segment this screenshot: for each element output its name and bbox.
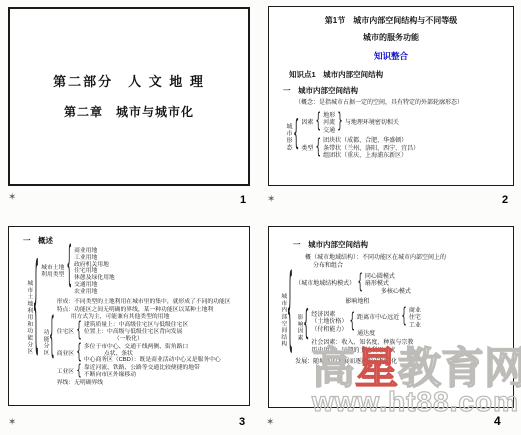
residential-item: （一般化） <box>114 336 188 343</box>
subsection-heading: 一 城市内部空间结构 <box>293 239 509 250</box>
subsection-heading: 一 城市内部空间结构 <box>283 85 505 96</box>
brace: { <box>303 310 309 344</box>
brace: { <box>315 139 321 160</box>
border-line: 界线：无明确界线 <box>57 380 231 387</box>
types-label: 类型 <box>301 146 313 154</box>
residential-item: 位置上：中高级与低级住宅区背向发展 <box>84 329 188 336</box>
brace: { <box>76 344 82 365</box>
section-title-line1: 第1节 城市内部空间结构与不同等级 <box>277 15 505 26</box>
industrial-item: 不断向市区外缘移动 <box>84 372 200 379</box>
inner-structure-diagram: 城市内部空间结构 { （城市地域结构模式） { 同心圆模式 扇形模式 多核心模式… <box>279 274 509 367</box>
brace: { <box>315 113 321 134</box>
commercial-item: 中心商务区（CBD）：既是商业活动中心又是服务中心 <box>84 357 221 364</box>
industrial-label: 工业区 <box>57 369 74 376</box>
slide-number-2: 2 <box>502 194 508 206</box>
brace: { <box>76 322 82 343</box>
brace: { <box>349 313 355 334</box>
outer-label: 城市土地利用和功能分区 <box>25 280 31 355</box>
brace: { <box>33 265 39 370</box>
slide-thumbnail-4[interactable]: 一 城市内部空间结构 概（城市地域结构）：不同功能区在城市内部空间上的 分布和组… <box>268 226 514 408</box>
commercial-label: 商业区 <box>57 351 74 358</box>
slide-thumbnail-2[interactable]: 第1节 城市内部空间结构与不同等级 城市的服务功能 知识整合 知识点1 城市内部… <box>268 6 514 186</box>
chapter-title: 第二章 城市与城市化 <box>10 103 248 120</box>
brace: { <box>49 319 55 366</box>
factor-item: 地形 <box>323 113 335 121</box>
dist-item: 工业 <box>409 323 421 331</box>
concept-line1: 概（城市地域结构）：不同功能区在城市内部空间上的 <box>305 255 509 263</box>
residential-label: 住宅区 <box>57 329 74 336</box>
function-zone-label: 功能分区 <box>41 329 47 356</box>
brace: { <box>287 275 293 365</box>
landuse-type-label: 城市土地 利用类型 <box>41 265 64 278</box>
urban-form-diagram: 城市形态 { 因素 { 地形 河流 交通 } 与地理环境密切相关 类型 { <box>285 113 505 161</box>
type-item: 组团状（重庆、上海浦东新区） <box>323 153 419 161</box>
type-item: 团块状（成都、合肥、华盛顿） <box>323 138 419 146</box>
brace: { <box>401 308 407 329</box>
knowledge-point-heading: 知识点1 城市内部空间结构 <box>289 69 505 80</box>
slide-thumbnail-3[interactable]: 一 概述 城市土地利用和功能分区 { 城市土地 利用类型 { 商业用地 工业用地… <box>8 226 250 406</box>
knowledge-integration-heading: 知识整合 <box>277 50 505 62</box>
slide-number-4: 4 <box>494 414 501 428</box>
distance-line: 距离市中心远近 <box>357 315 399 323</box>
development-line: 发展：随城市的发展而逐渐形成和变化 <box>295 359 438 367</box>
transition-star-icon[interactable]: ✶ <box>266 417 274 428</box>
landuse-item: 交通用地 <box>74 282 115 289</box>
model-label: （城市地域结构模式） <box>295 281 355 289</box>
concept-line2: 分布和组合 <box>313 263 509 271</box>
landuse-item: 工业用地 <box>74 255 115 262</box>
slide-number-3: 3 <box>239 416 245 428</box>
concept-line: （概念：是指城市占据一定的空间，具有特定的外部轮廓形态） <box>295 100 505 108</box>
model-item: 同心圆模式 <box>365 274 411 282</box>
brace: { <box>293 120 299 154</box>
transition-star-icon[interactable]: ✶ <box>8 192 16 203</box>
social-factor-line: 社会因素：收入、知名度、种族与宗教 <box>311 340 421 348</box>
part-title: 第二部分 人 文 地 理 <box>10 71 248 90</box>
factor-item: 河流 <box>323 120 335 128</box>
overview-heading: 一 概述 <box>23 235 245 246</box>
landuse-function-diagram: 城市土地利用和功能分区 { 城市土地 利用类型 { 商业用地 工业用地 政府机关… <box>25 248 245 387</box>
landuse-item: 商业用地 <box>74 248 115 255</box>
accessibility-line: 通达度 <box>357 331 421 339</box>
factors-note: 与地理环境密切相关 <box>345 120 399 128</box>
type-item: 条带状（兰州、洛阳、西宁、宜昌） <box>323 146 419 154</box>
transition-star-icon[interactable]: ✶ <box>8 417 16 428</box>
factors-label: 因素 <box>301 120 313 128</box>
brace: { <box>76 364 82 379</box>
model-item: 扇形模式 <box>365 281 411 289</box>
dist-item: 商业 <box>409 308 421 316</box>
economic-sub: （土地价格） <box>311 319 347 327</box>
factor-item: 交通 <box>323 128 335 136</box>
landuse-item: 农业用地 <box>74 289 115 296</box>
model-item: 多核心模式 <box>381 289 411 297</box>
function-feature-line: 特点：功能区之间无明确的界线，某一种功能区以某种土地利 <box>57 307 231 314</box>
diagram-root-label: 城市形态 <box>285 123 291 151</box>
dist-item: 住宅 <box>409 315 421 323</box>
slide-thumbnail-1[interactable]: 第二部分 人 文 地 理 第二章 城市与城市化 <box>8 7 250 186</box>
slide-number-1: 1 <box>240 194 246 206</box>
rent-heading: 影响地租 <box>345 299 421 307</box>
transition-star-icon[interactable]: ✶ <box>267 194 275 205</box>
history-factor-line: 历史因素：早期的土地利用方式 <box>311 348 421 356</box>
function-form-line: 形成：不同类型的土地利用在城市里的集中，就形成了不同的功能区 <box>57 299 231 306</box>
factor-label: 影响因素 <box>295 314 301 341</box>
brace: { <box>357 274 363 295</box>
economic-sub: （付租能力） <box>311 327 347 335</box>
brace: } <box>337 113 343 134</box>
function-feature-line2: 用方式为主，可能兼有其他类型的用地 <box>71 314 231 321</box>
section-title-line2: 城市的服务功能 <box>277 32 505 43</box>
commercial-item: 多位于市中心、交通干线两侧、街角路口 <box>84 344 221 351</box>
brace: { <box>66 248 72 295</box>
outer-label: 城市内部空间结构 <box>279 293 285 347</box>
